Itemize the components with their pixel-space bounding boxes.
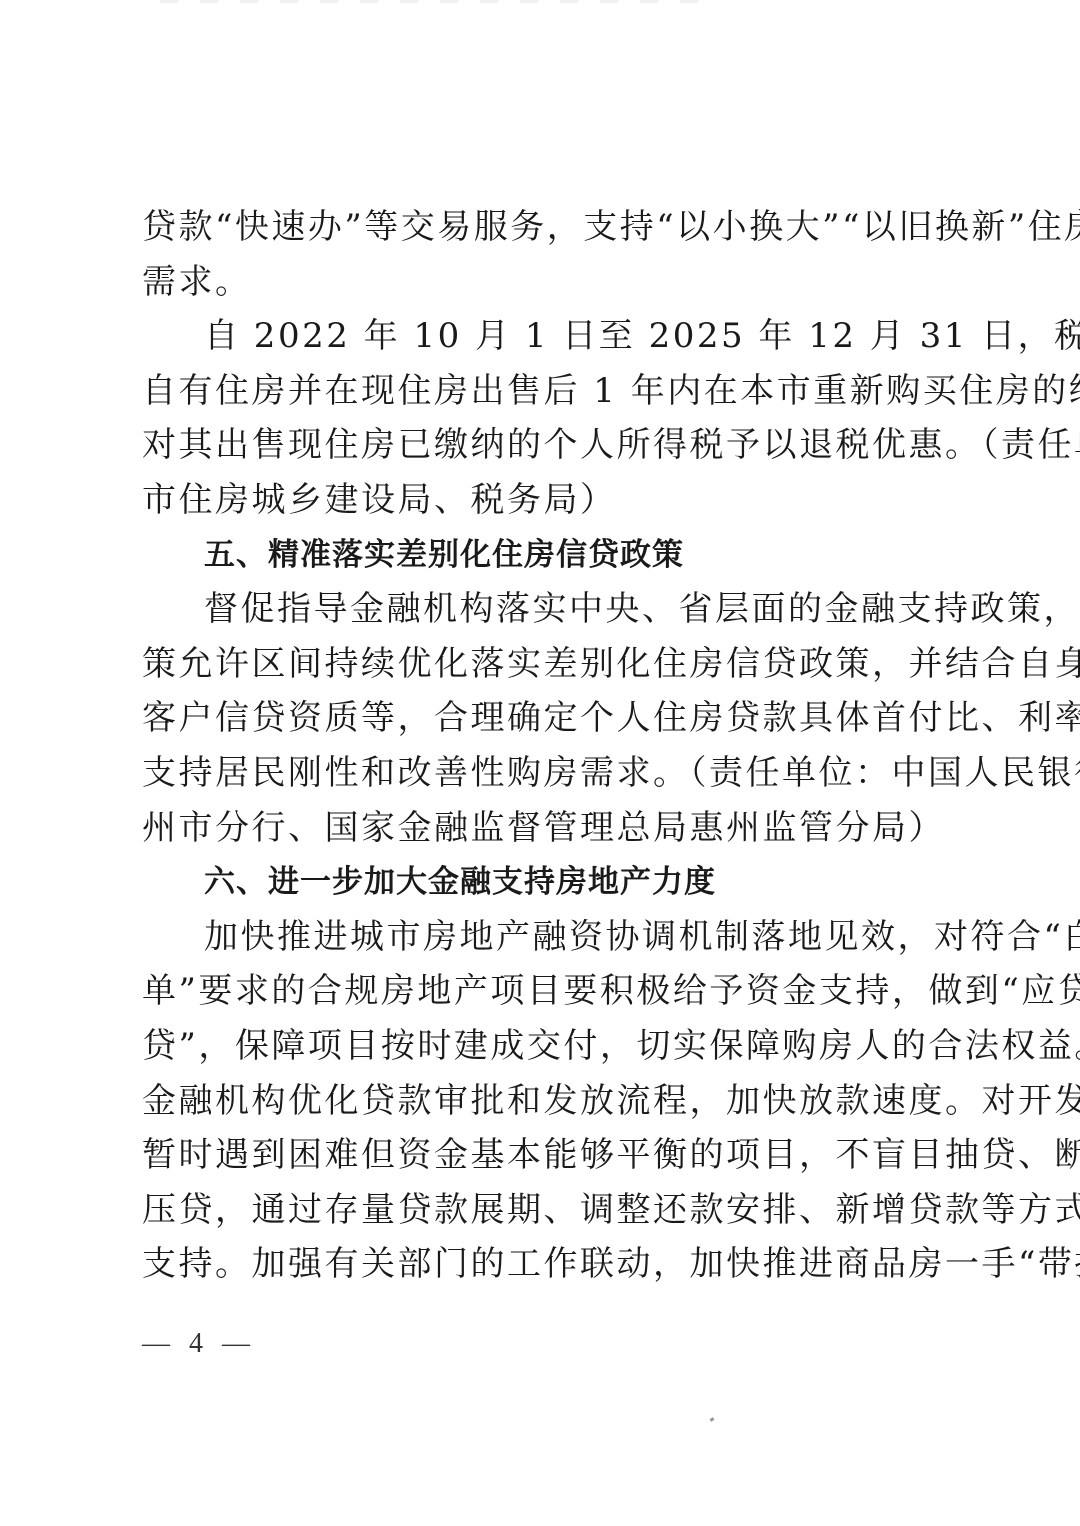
paragraph-line: 支持居民刚性和改善性购房需求。（责任单位：中国人民银行惠 (142, 746, 964, 801)
paragraph-line: 需求。 (142, 255, 964, 310)
paragraph-line: 贷款“快速办”等交易服务，支持“以小换大”“以旧换新”住房 (142, 200, 964, 255)
paragraph-line: 压贷，通过存量贷款展期、调整还款安排、新增贷款等方式予以 (142, 1183, 964, 1238)
paragraph-line: 金融机构优化贷款审批和发放流程，加快放款速度。对开发建设 (142, 1074, 964, 1129)
scan-speck (710, 1417, 715, 1422)
section-heading-six: 六、进一步加大金融支持房地产力度 (142, 855, 964, 910)
section-heading-five: 五、精准落实差别化住房信贷政策 (142, 528, 964, 583)
paragraph-line: 督促指导金融机构落实中央、省层面的金融支持政策，在政 (142, 582, 964, 637)
paragraph-line: 市住房城乡建设局、税务局） (142, 473, 964, 528)
paragraph-line: 暂时遇到困难但资金基本能够平衡的项目，不盲目抽贷、断贷、 (142, 1128, 964, 1183)
paragraph-line: 自有住房并在现住房出售后 1 年内在本市重新购买住房的纳税人， (142, 364, 964, 419)
top-page-artifact (160, 0, 720, 3)
paragraph-line: 州市分行、国家金融监督管理总局惠州监管分局） (142, 801, 964, 856)
document-page-body: 贷款“快速办”等交易服务，支持“以小换大”“以旧换新”住房 需求。 自 2022… (142, 200, 964, 1292)
paragraph-line: 策允许区间持续优化落实差别化住房信贷政策，并结合自身情况、 (142, 637, 964, 692)
paragraph-line: 客户信贷资质等，合理确定个人住房贷款具体首付比、利率等， (142, 691, 964, 746)
paragraph-line: 自 2022 年 10 月 1 日至 2025 年 12 月 31 日，税务部门… (142, 309, 964, 364)
paragraph-line: 支持。加强有关部门的工作联动，加快推进商品房一手“带押过 (142, 1237, 964, 1292)
paragraph-line: 对其出售现住房已缴纳的个人所得税予以退税优惠。（责任单位： (142, 418, 964, 473)
paragraph-line: 贷”，保障项目按时建成交付，切实保障购房人的合法权益。指导 (142, 1019, 964, 1074)
paragraph-line: 加快推进城市房地产融资协调机制落地见效，对符合“白名 (142, 910, 964, 965)
paragraph-line: 单”要求的合规房地产项目要积极给予资金支持，做到“应贷尽 (142, 964, 964, 1019)
page-number: — 4 — (142, 1328, 256, 1360)
